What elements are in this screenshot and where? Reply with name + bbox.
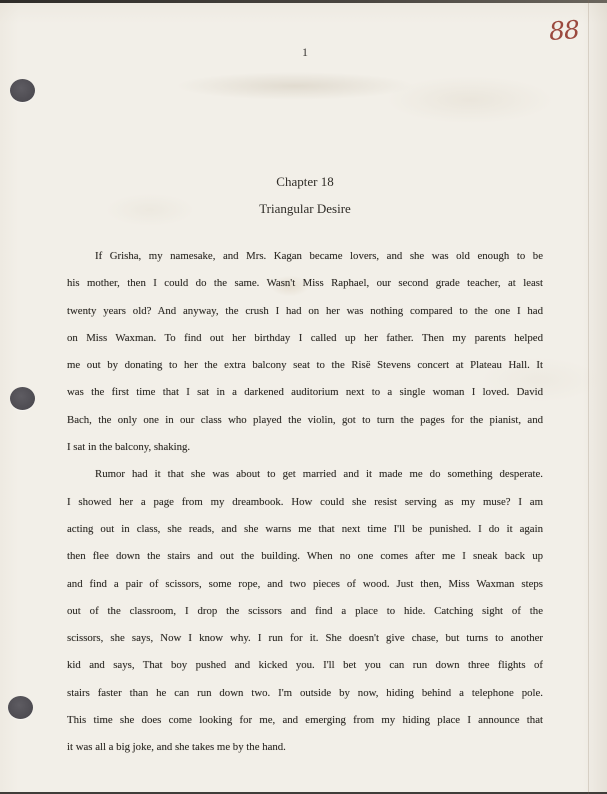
paper-crease — [588, 0, 589, 794]
chapter-title: Triangular Desire — [67, 195, 543, 222]
page-number: 1 — [67, 45, 543, 60]
manuscript-line: scissors, she says, Now I know why. I ru… — [67, 625, 543, 652]
manuscript-text: If Grisha, my namesake, and Mrs. Kagan b… — [67, 243, 543, 762]
manuscript-line: out of the classroom, I drop the scissor… — [67, 598, 543, 625]
manuscript-line: me out by donating to her the extra balc… — [67, 352, 543, 379]
manuscript-line: his mother, then I could do the same. Wa… — [67, 270, 543, 297]
hole-punch-top — [10, 79, 35, 102]
handwritten-page-annotation: 88 — [548, 15, 580, 46]
manuscript-line: stairs faster than he can run down two. … — [67, 680, 543, 707]
manuscript-line: it was all a big joke, and she takes me … — [67, 734, 543, 761]
hole-punch-middle — [10, 387, 35, 410]
manuscript-line: on Miss Waxman. To find out her birthday… — [67, 325, 543, 352]
manuscript-line: then flee down the stairs and out the bu… — [67, 543, 543, 570]
manuscript-line: and find a pair of scissors, some rope, … — [67, 571, 543, 598]
manuscript-line: Rumor had it that she was about to get m… — [67, 461, 543, 488]
manuscript-line: acting out in class, she reads, and she … — [67, 516, 543, 543]
manuscript-line: was the first time that I sat in a darke… — [67, 379, 543, 406]
manuscript-line: This time she does come looking for me, … — [67, 707, 543, 734]
manuscript-line: If Grisha, my namesake, and Mrs. Kagan b… — [67, 243, 543, 270]
manuscript-page: { "page": { "annotation_number": "88", "… — [0, 0, 607, 794]
manuscript-line: Bach, the only one in our class who play… — [67, 407, 543, 434]
manuscript-line: I showed her a page from my dreambook. H… — [67, 489, 543, 516]
manuscript-line: kid and says, That boy pushed and kicked… — [67, 652, 543, 679]
manuscript-line: twenty years old? And anyway, the crush … — [67, 298, 543, 325]
chapter-number: Chapter 18 — [67, 168, 543, 195]
manuscript-line: I sat in the balcony, shaking. — [67, 434, 543, 461]
scan-edge-top — [0, 0, 607, 3]
chapter-heading: Chapter 18 Triangular Desire — [67, 168, 543, 223]
hole-punch-bottom — [8, 696, 33, 719]
